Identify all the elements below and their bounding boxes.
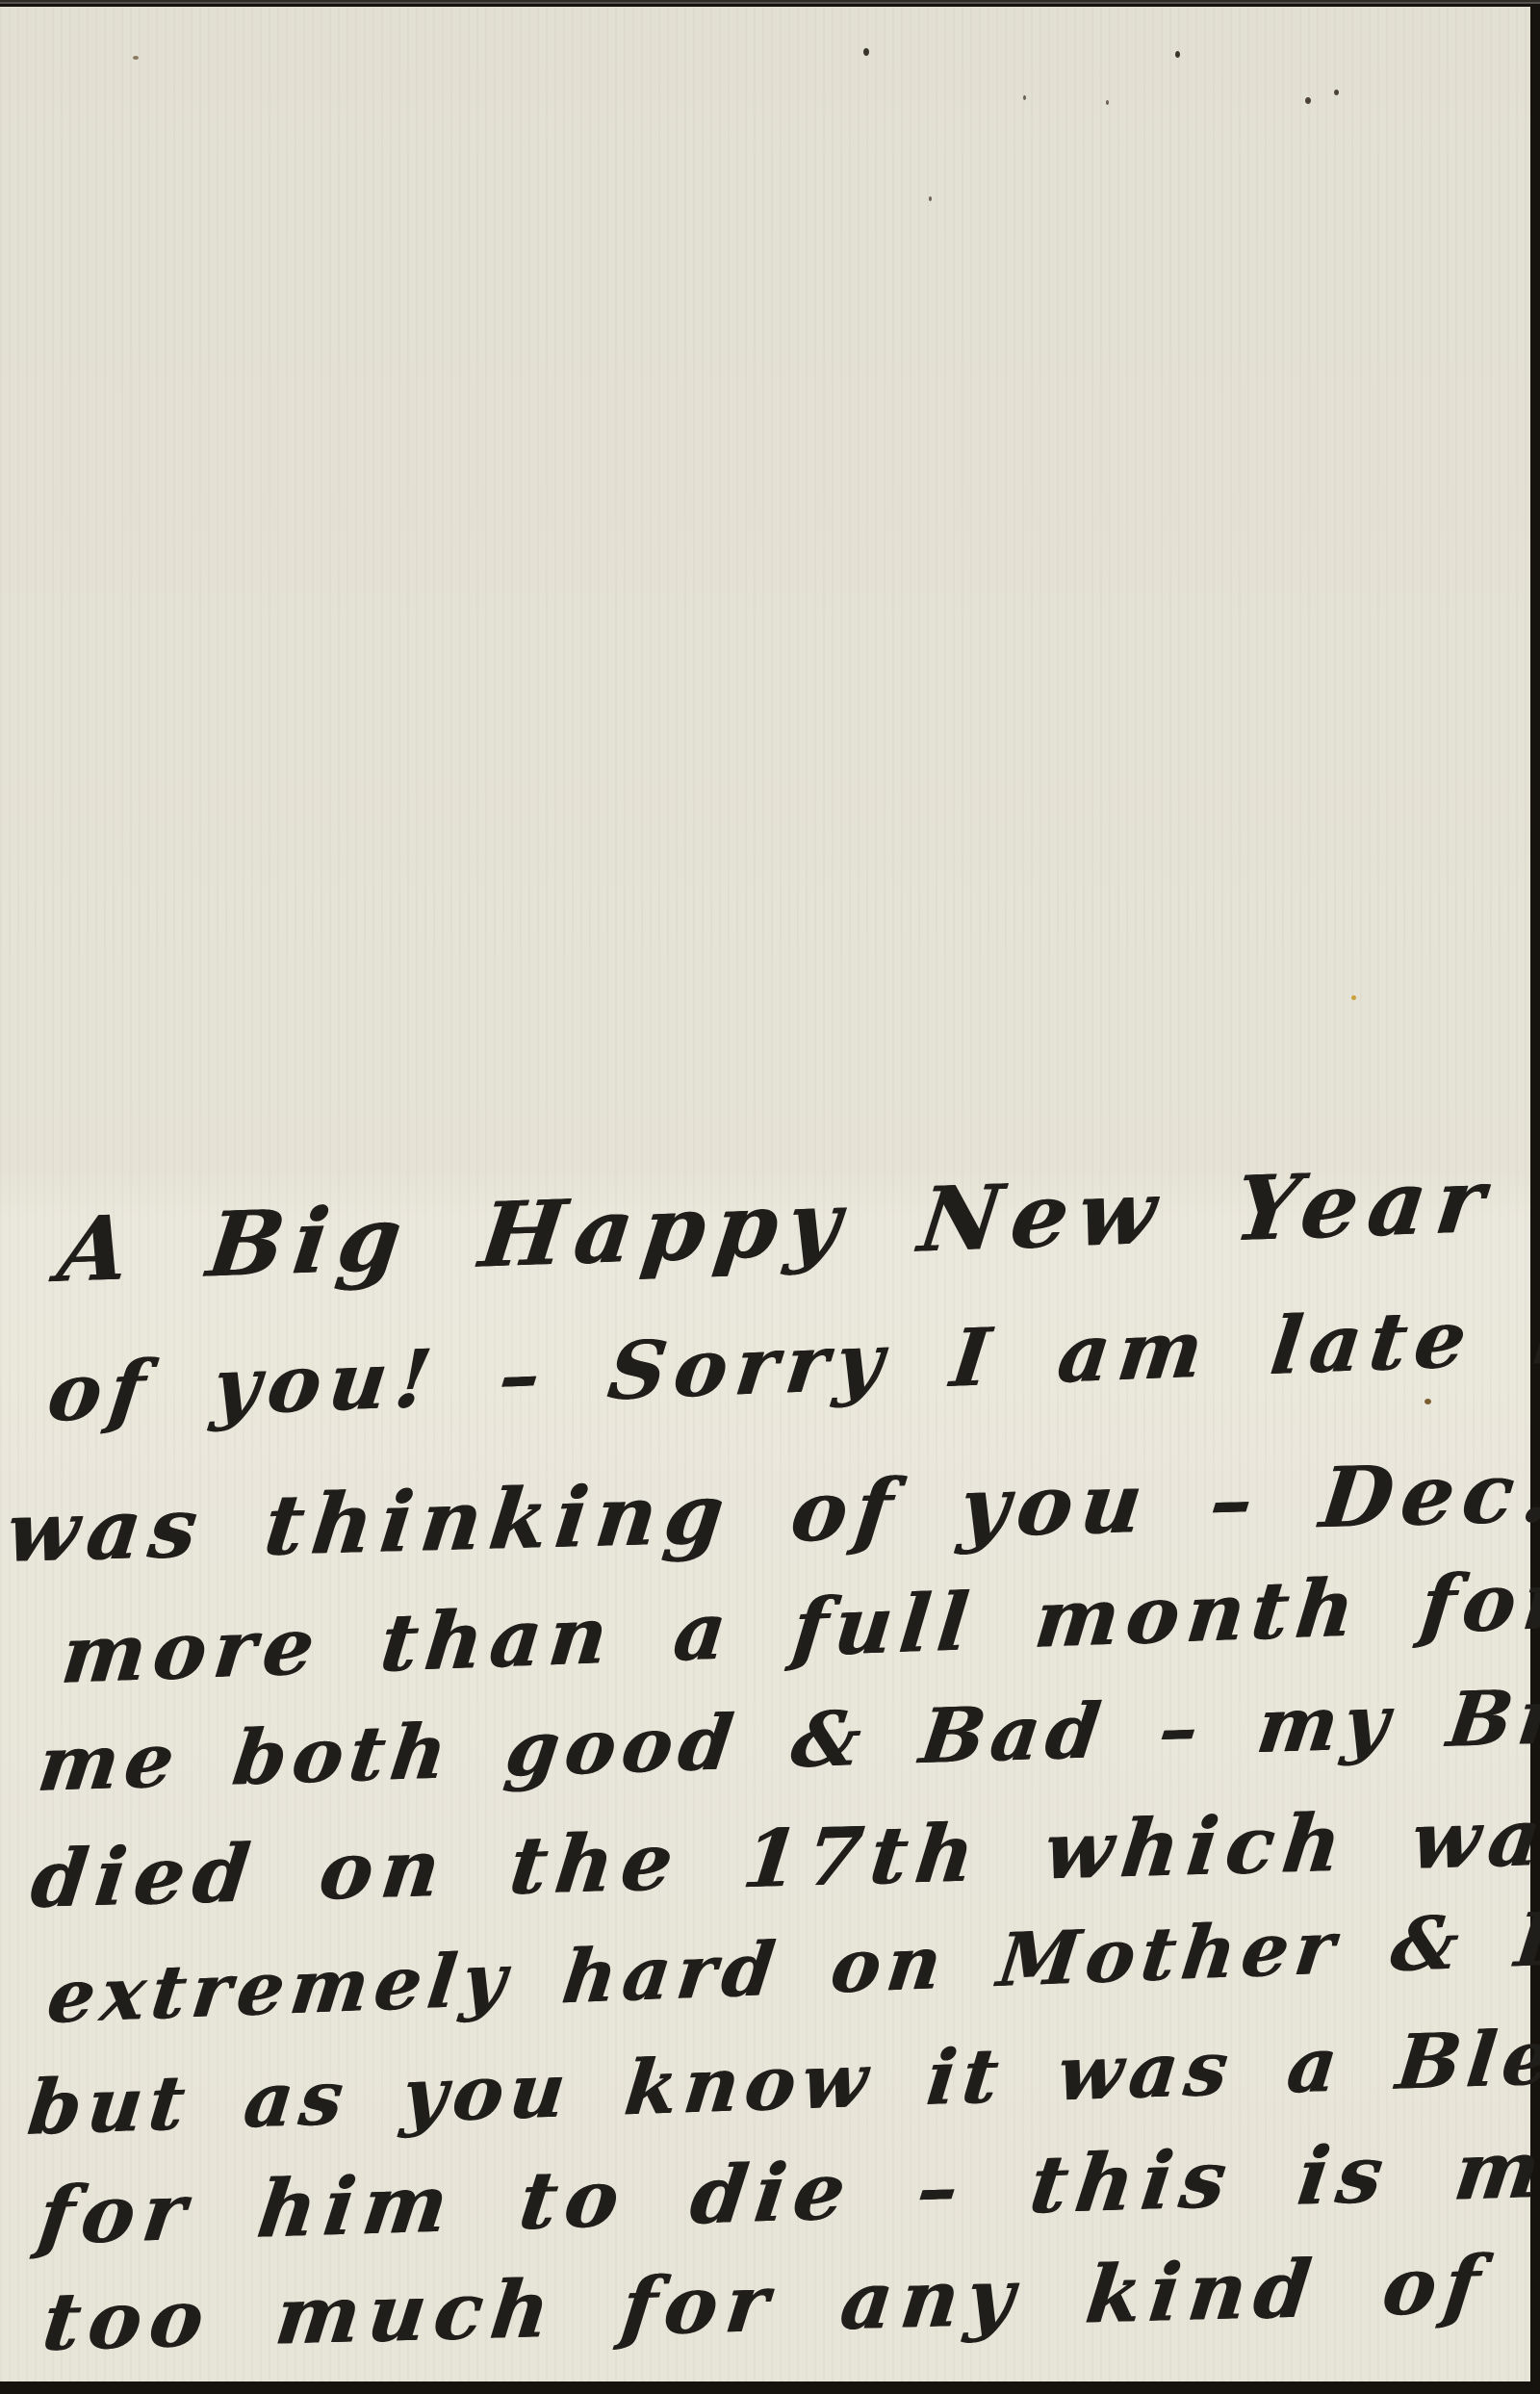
letter-page: A Big Happy New Year to all of you! – So… (0, 0, 1540, 2394)
handwritten-line-2: of you! – Sorry I am late but (43, 1283, 1540, 1440)
scan-edge-bottom (0, 2381, 1540, 2394)
paper-speck (1351, 995, 1356, 1000)
handwritten-line-1: A Big Happy New Year to all (53, 1133, 1540, 1302)
ink-speck (1106, 100, 1109, 105)
ink-speck (133, 56, 139, 60)
ink-speck (1334, 90, 1339, 95)
handwritten-line-4: more than a full month for (58, 1554, 1540, 1702)
ink-speck (1305, 97, 1311, 104)
ink-speck (1023, 95, 1026, 100)
ink-speck (929, 196, 932, 201)
fold-crease-lower (0, 0, 1540, 4)
handwritten-line-3: was thinking of you – Dec. was (2, 1436, 1540, 1582)
paper-speck (1424, 1399, 1431, 1404)
ink-speck (863, 48, 869, 56)
ink-speck (1175, 51, 1180, 58)
